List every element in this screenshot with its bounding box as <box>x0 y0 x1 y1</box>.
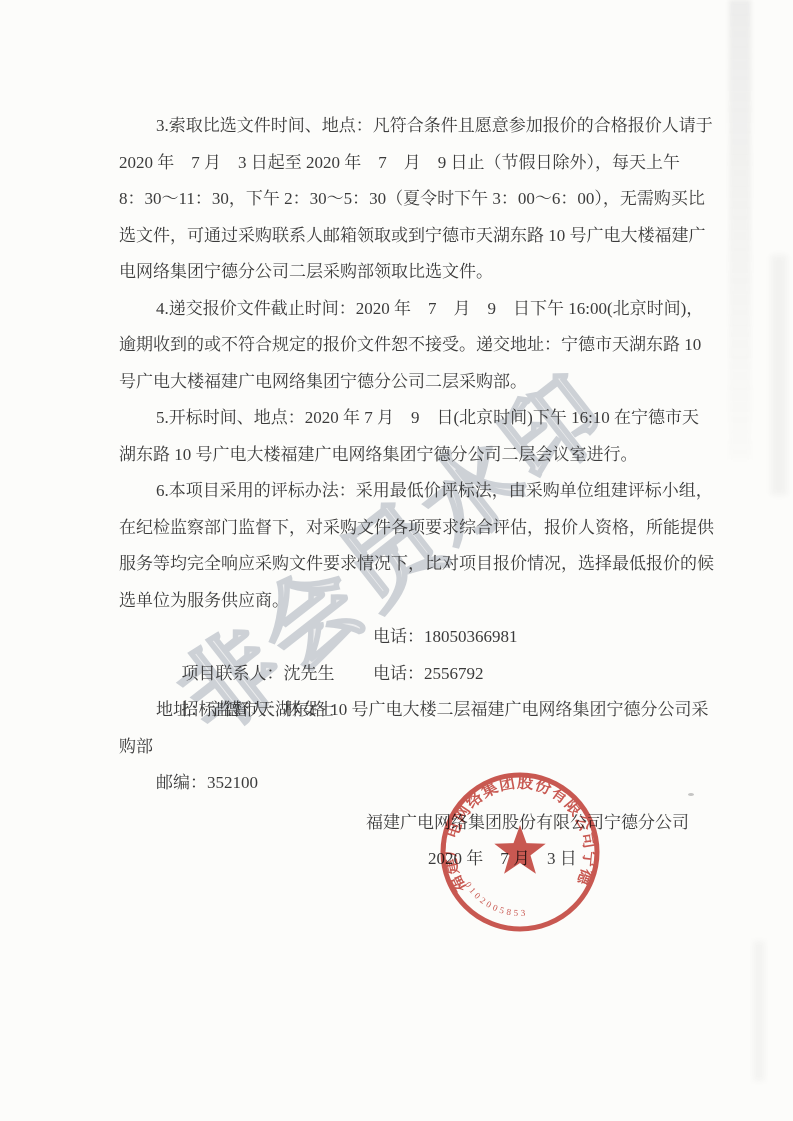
project-contact-line: 项目联系人：沈先生 电话：18050366981 <box>119 619 697 656</box>
item3-line: 3.索取比选文件时间、地点：凡符合条件且愿意参加报价的合格报价人请于 <box>119 108 697 145</box>
postal-code-line: 邮编：352100 <box>119 765 697 802</box>
address-line: 购部 <box>119 729 697 766</box>
project-contact-phone: 电话：18050366981 <box>373 619 518 656</box>
item4-line: 4.递交报价文件截止时间：2020 年 7 月 9 日下午 16:00(北京时间… <box>119 291 697 328</box>
company-seal: 福建广电网络集团股份有限公司宁德分公司 0102005853 <box>432 764 608 940</box>
scan-edge-artifact <box>771 255 787 495</box>
bid-supervisor-line: 招标监督人：林女士 电话：2556792 <box>119 656 697 693</box>
scan-edge-artifact <box>729 0 751 460</box>
item6-line: 服务等均完全响应采购文件要求情况下，比对项目报价情况，选择最低报价的候 <box>119 546 697 583</box>
document-body: 3.索取比选文件时间、地点：凡符合条件且愿意参加报价的合格报价人请于 2020 … <box>119 108 697 802</box>
item3-line: 电网络集团宁德分公司二层采购部领取比选文件。 <box>119 254 697 291</box>
item4-line: 号广电大楼福建广电网络集团宁德分公司二层采购部。 <box>119 364 697 401</box>
item3-line: 选文件，可通过采购联系人邮箱领取或到宁德市天湖东路 10 号广电大楼福建广 <box>119 218 697 255</box>
item3-line: 2020 年 7 月 3 日起至 2020 年 7 月 9 日止（节假日除外），… <box>119 145 697 182</box>
seal-star-icon <box>494 825 545 874</box>
item6-line: 6.本项目采用的评标办法：采用最低价评标法，由采购单位组建评标小组， <box>119 473 697 510</box>
item4-line: 逾期收到的或不符合规定的报价文件恕不接受。递交地址：宁德市天湖东路 10 <box>119 327 697 364</box>
item5-line: 湖东路 10 号广电大楼福建广电网络集团宁德分公司二层会议室进行。 <box>119 437 697 474</box>
bid-supervisor-phone: 电话：2556792 <box>373 656 484 693</box>
document-page: 非会员水印 3.索取比选文件时间、地点：凡符合条件且愿意参加报价的合格报价人请于… <box>0 0 793 1121</box>
address-line: 地址：宁德市天湖东路 10 号广电大楼二层福建广电网络集团宁德分公司采 <box>119 692 697 729</box>
item5-line: 5.开标时间、地点：2020 年 7 月 9 日(北京时间)下午 16:10 在… <box>119 400 697 437</box>
item6-line: 选单位为服务供应商。 <box>119 583 697 620</box>
item6-line: 在纪检监察部门监督下，对采购文件各项要求综合评估，报价人资格，所能提供 <box>119 510 697 547</box>
item3-line: 8：30～11：30，下午 2：30～5：30（夏令时下午 3：00～6：00）… <box>119 181 697 218</box>
scan-edge-artifact <box>753 941 765 1081</box>
